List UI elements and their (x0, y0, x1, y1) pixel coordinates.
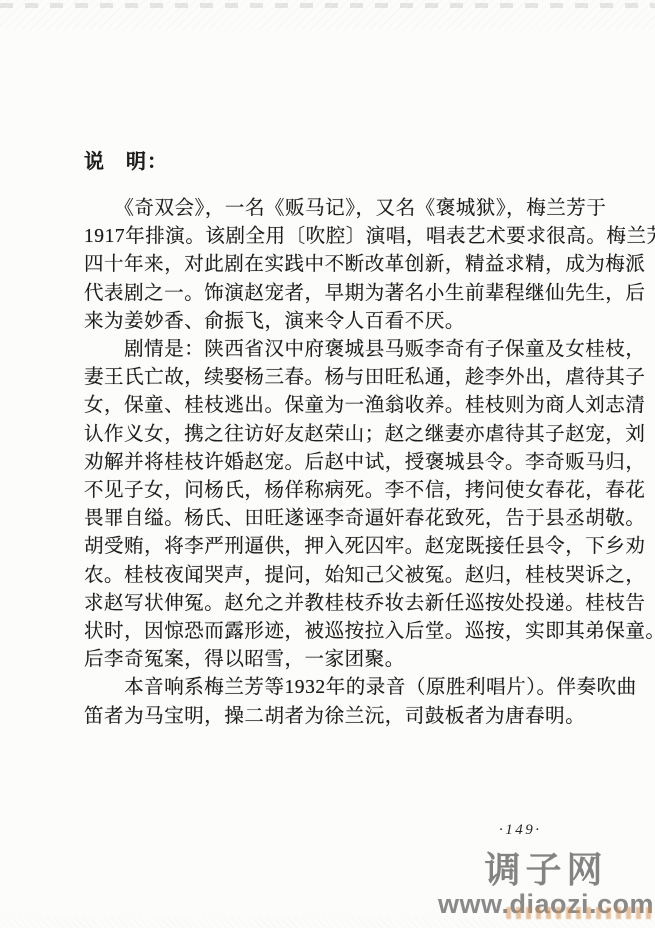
text-line: 状时，因惊恐而露形迹，被巡按拉入后堂。巡按，实即其弟保童。 (84, 618, 586, 646)
text-line: 剧情是：陕西省汉中府褒城县马贩李奇有子保童及女桂枝， (84, 336, 586, 364)
text-line: 农。桂枝夜闻哭声，提问，始知己父被冤。赵归，桂枝哭诉之， (84, 562, 586, 590)
text-line: 女，保童、桂枝逃出。保童为一渔翁收养。桂枝则为商人刘志清 (84, 392, 586, 420)
text-line: 1917年排演。该剧全用〔吹腔〕演唱，唱表艺术要求很高。梅兰芳 (84, 223, 586, 251)
body-text: 《奇双会》，一名《贩马记》，又名《褒城狱》，梅兰芳于1917年排演。该剧全用〔吹… (84, 195, 586, 731)
section-heading: 说 明： (84, 150, 586, 174)
text-line: 认作义女，携之往访好友赵荣山；赵之继妻亦虐待其子赵宠，刘 (84, 421, 586, 449)
page-number: ·149· (499, 822, 579, 839)
text-line: 妻王氏亡故，续娶杨三春。杨与田旺私通，趁李外出，虐待其子 (84, 364, 586, 392)
text-line: 不见子女，问杨氏，杨佯称病死。李不信，拷问使女春花，春花 (84, 477, 586, 505)
text-line: 求赵写状伸冤。赵允之并教桂枝乔妆去新任巡按处投递。桂枝告 (84, 590, 586, 618)
text-line: 后李奇冤案，得以昭雪，一家团聚。 (84, 646, 586, 674)
text-line: 四十年来，对此剧在实践中不断改革创新，精益求精，成为梅派 (84, 251, 586, 279)
scan-noise-bottom (0, 918, 655, 928)
text-line: 本音响系梅兰芳等1932年的录音（原胜利唱片）。伴奏吹曲 (84, 674, 586, 702)
watermark-site-name: 调子网 (438, 850, 654, 890)
text-line: 来为姜妙香、俞振飞，演来令人百看不厌。 (84, 308, 586, 336)
text-line: 胡受贿，将李严刑逼供，押入死囚牢。赵宠既接任县令，下乡劝 (84, 533, 586, 561)
text-block: 说 明： 《奇双会》，一名《贩马记》，又名《褒城狱》，梅兰芳于1917年排演。该… (84, 150, 586, 731)
text-line: 畏罪自缢。杨氏、田旺遂诬李奇逼奸春花致死，告于县丞胡敬。 (84, 505, 586, 533)
text-line: 笛者为马宝明，操二胡者为徐兰沅，司鼓板者为唐春明。 (84, 703, 586, 731)
text-line: 《奇双会》，一名《贩马记》，又名《褒城狱》，梅兰芳于 (84, 195, 586, 223)
scanned-book-page: 说 明： 《奇双会》，一名《贩马记》，又名《褒城狱》，梅兰芳于1917年排演。该… (0, 0, 655, 928)
scan-artifact-dashes (0, 3, 655, 8)
text-line: 代表剧之一。饰演赵宠者，早期为著名小生前辈程继仙先生，后 (84, 280, 586, 308)
text-line: 劝解并将桂枝许婚赵宠。后赵中试，授褒城县令。李奇贩马归， (84, 449, 586, 477)
